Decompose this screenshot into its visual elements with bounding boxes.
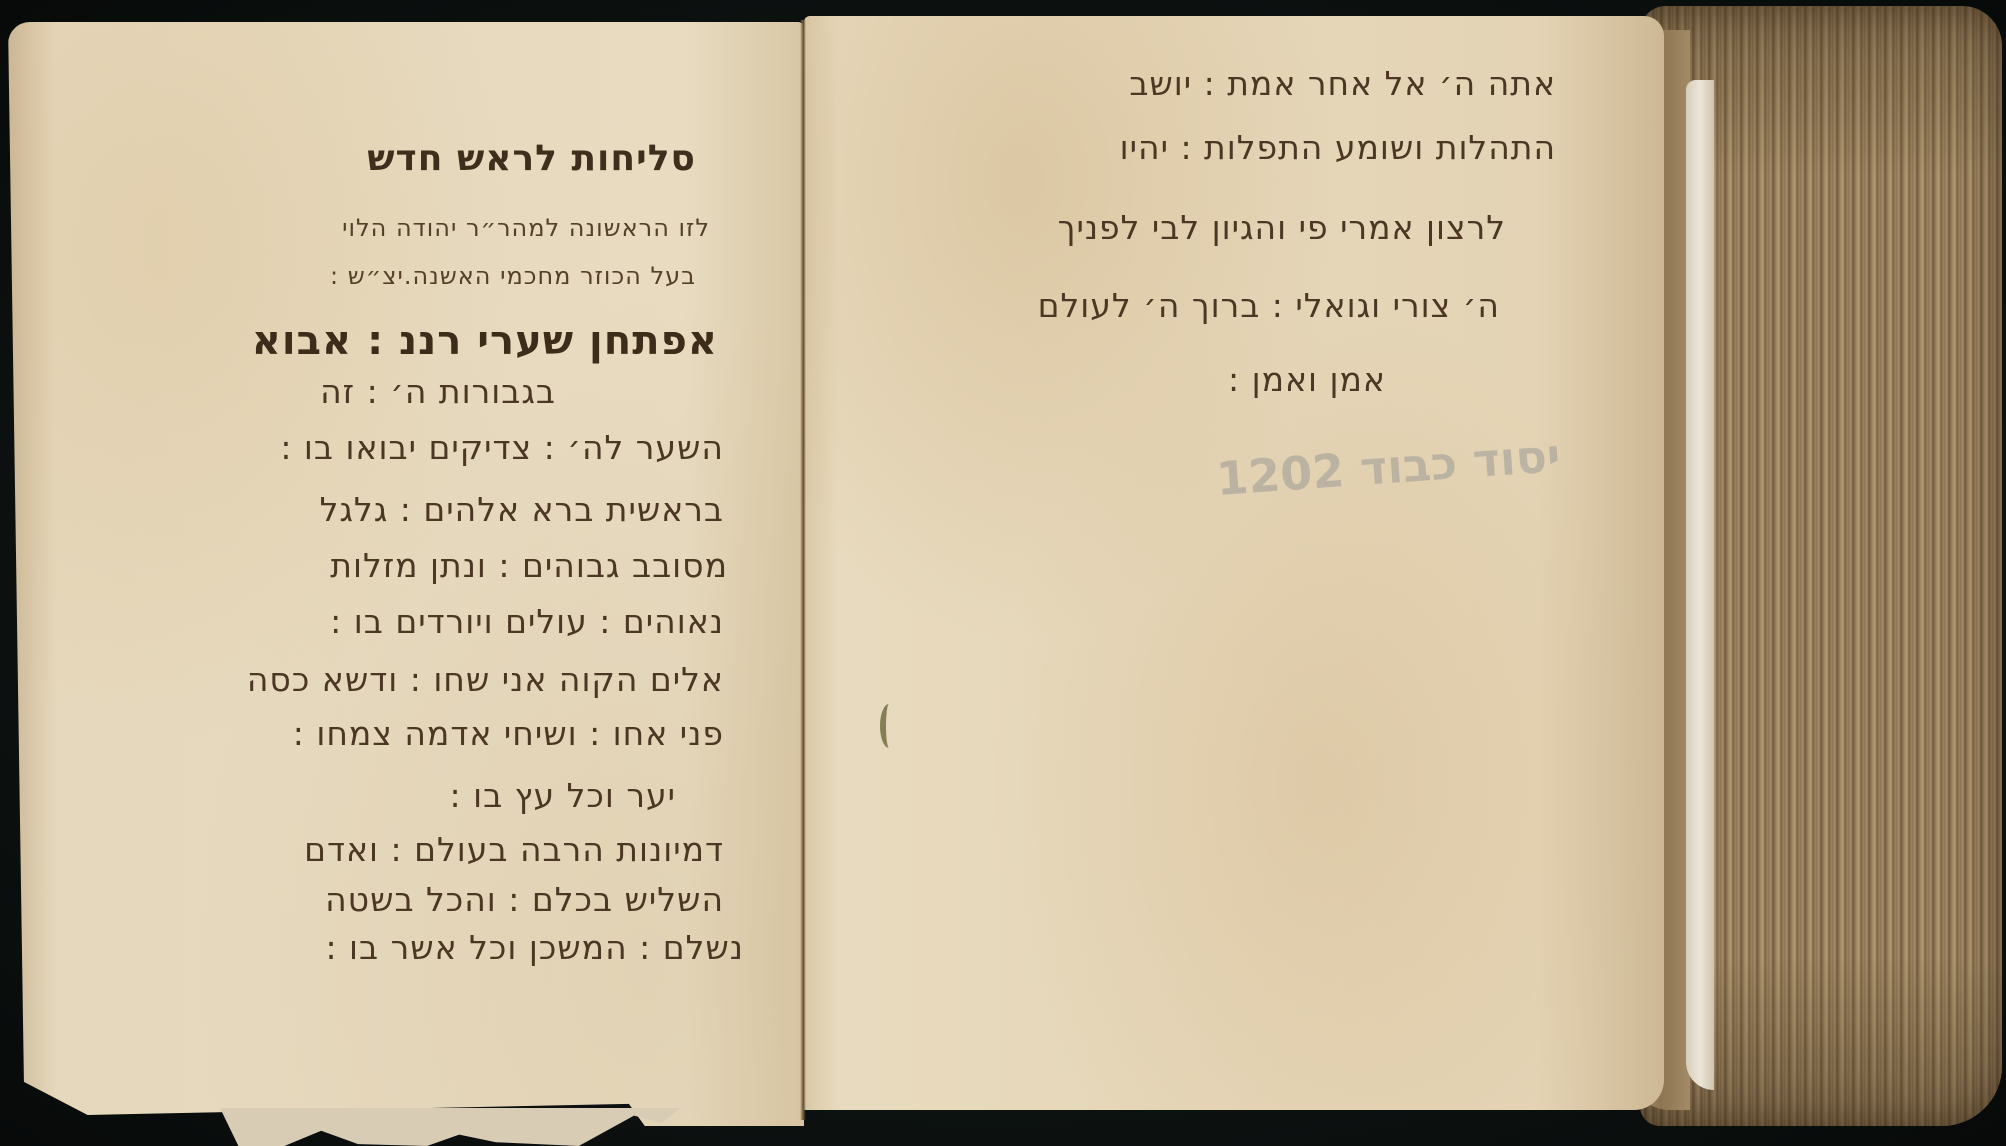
left-page-subtitle-1: לזו הראשונה למהר״ר יהודה הלוי — [342, 214, 710, 242]
right-line-4: ה׳ צורי וגואלי : ברוך ה׳ לעולם — [1038, 286, 1500, 325]
left-line-8: פני אחו : ושיחי אדמה צמחו : — [293, 714, 724, 753]
right-page — [804, 16, 1664, 1110]
right-line-1: אתה ה׳ אל אחר אמת : יושב — [1129, 64, 1556, 103]
left-line-11: השליש בכלם : והכל בשטה — [325, 880, 724, 919]
right-line-5: אמן ואמן : — [1228, 360, 1386, 399]
left-line-4: בראשית ברא אלהים : גלגל — [320, 490, 724, 529]
left-line-2: בגבורות ה׳ : זה — [320, 372, 556, 411]
left-line-7: אלים הקוה אני שחו : ודשא כסה — [247, 660, 724, 699]
left-line-12: נשלם : המשכן וכל אשר בו : — [325, 928, 744, 967]
left-line-3: השער לה׳ : צדיקים יבואו בו : — [280, 428, 724, 467]
right-line-2: התהלות ושומע התפלות : יהיו — [1120, 128, 1556, 167]
page-edge-white — [1686, 80, 1714, 1090]
left-line-9: יער וכל עץ בו : — [450, 776, 676, 815]
left-page-subtitle-2: בעל הכוזר מחכמי האשנה.יצ״ש : — [330, 262, 696, 290]
left-line-1: אפתחן שערי רננ : אבוא — [252, 318, 718, 364]
left-page-title: סליחות לראש חדש — [367, 138, 696, 179]
right-line-3: לרצון אמרי פי והגיון לבי לפניך — [1058, 208, 1506, 247]
left-line-10: דמיונות הרבה בעולם : ואדם — [304, 830, 724, 869]
left-line-5: מסובב גבוהים : ונתן מזלות — [330, 546, 728, 585]
ink-stain-mark — [880, 704, 898, 748]
left-line-6: נאוהים : עולים ויורדים בו : — [330, 602, 724, 641]
book-gutter — [800, 20, 806, 1120]
